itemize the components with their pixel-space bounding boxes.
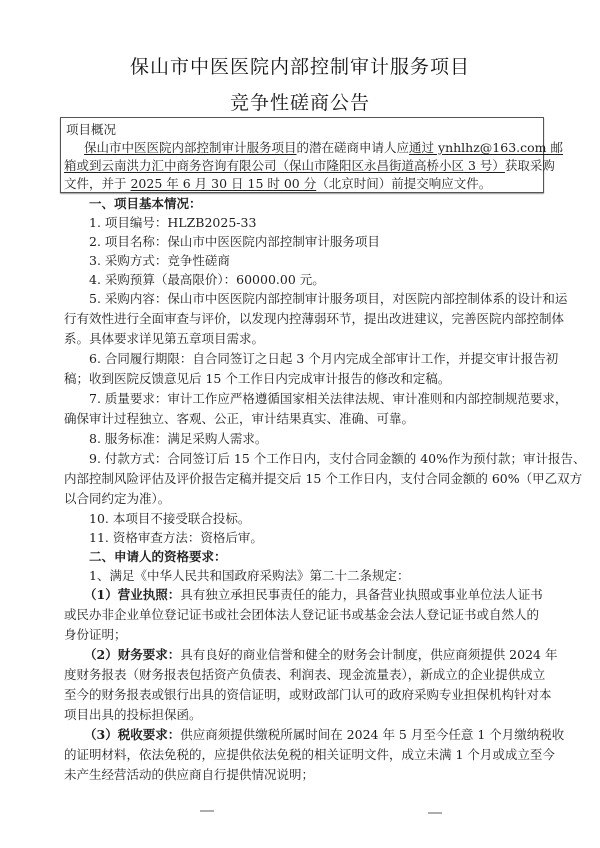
sub-3-line-2: 的证明材料，依法免税的，应提供依法免税的相关证明文件，成立未满 1 个月或成立至… [64, 746, 555, 764]
item-4: 4. 采购预算（最高限价）：60000.00 元。 [89, 271, 325, 289]
item-9-line-2: 内部控制风险评估及评价报告定稿并提交后 15 个工作日内，支付合同金额的 60%… [64, 470, 582, 488]
sub-3-line-3: 未产生经营活动的供应商自行提供情况说明； [64, 766, 314, 784]
section-1-heading: 一、项目基本情况： [89, 195, 202, 213]
item-10: 10. 本项目不接受联合投标。 [89, 510, 250, 528]
overview-line-2: 箱或到云南洪力汇中商务咨询有限公司（保山市隆阳区永昌街道高桥小区 3 号）获取采… [64, 157, 555, 175]
sub-1-line-2: 或民办非企业单位登记证书或社会团体法人登记证书或基金会法人登记证书或自然人的 [64, 606, 539, 624]
sub-3-line-1: （3）税收要求：供应商须提供缴税所属时间在 2024 年 5 月至今任意 1 个… [84, 726, 564, 744]
scan-mark [200, 810, 214, 812]
item-7-line-2: 确保审计过程独立、客观、公正，审计结果真实、准确、可靠。 [64, 410, 414, 428]
item-6-line-2: 稿；收到医院反馈意见后 15 个工作日内完成审计报告的修改和定稿。 [64, 370, 450, 388]
item-5-line-2: 行有效性进行全面审查与评价，以发现内控薄弱环节，提出改进建议，完善医院内部控制体 [64, 310, 564, 328]
overview-line-3: 文件，并于 2025 年 6 月 30 日 15 时 00 分（北京时间）前提交… [64, 175, 491, 193]
item-5-line-1: 5. 采购内容：保山市中医医院内部控制审计服务项目，对医院内部控制体系的设计和运 [89, 290, 567, 308]
item-6-line-1: 6. 合同履行期限：自合同签订之日起 3 个月内完成全部审计工作，并提交审计报告… [89, 350, 558, 368]
sub-1-line-1: （1）营业执照：具有独立承担民事责任的能力，具备营业执照或事业单位法人证书 [84, 586, 543, 604]
sub-2-line-4: 项目出具的投标担保函。 [64, 706, 202, 724]
overview-line-1: 保山市中医医院内部控制审计服务项目的潜在磋商申请人应通过 ynhlhz@163.… [84, 139, 563, 157]
item-7-line-1: 7. 质量要求：审计工作应严格遵循国家相关法律法规、审计准则和内部控制规范要求， [89, 390, 567, 408]
section-2-heading: 二、申请人的资格要求： [89, 548, 227, 566]
item-9-line-1: 9. 付款方式：合同签订后 15 个工作日内，支付合同金额的 40%作为预付款；… [89, 450, 586, 468]
sub-2-line-3: 至今的财务报表或银行出具的资信证明，或财政部门认可的政府采购专业担保机构针对本 [64, 686, 552, 704]
requirement-1: 1、满足《中华人民共和国政府采购法》第二十二条规定： [89, 567, 409, 585]
item-9-line-3: 以合同约定为准）。 [64, 490, 170, 508]
deadline: 2025 年 6 月 30 日 15 时 00 分 [130, 176, 316, 191]
item-11: 11. 资格审查方法：资格后审。 [89, 529, 263, 547]
scan-mark [428, 812, 442, 814]
item-2: 2. 项目名称：保山市中医医院内部控制审计服务项目 [89, 233, 380, 251]
document-subtitle: 竞争性磋商公告 [0, 88, 600, 115]
item-1: 1. 项目编号：HLZB2025-33 [89, 214, 256, 232]
overview-heading: 项目概况 [66, 120, 116, 138]
item-8: 8. 服务标准：满足采购人需求。 [89, 430, 267, 448]
item-5-line-3: 系。具体要求详见第五章项目需求。 [64, 330, 264, 348]
document-page: 保山市中医医院内部控制审计服务项目 竞争性磋商公告 项目概况 保山市中医医院内部… [0, 0, 600, 848]
document-title: 保山市中医医院内部控制审计服务项目 [0, 52, 600, 79]
item-3: 3. 采购方式：竞争性磋商 [89, 252, 230, 270]
sub-2-line-1: （2）财务要求：具有良好的商业信誉和健全的财务会计制度，供应商须提供 2024 … [84, 646, 557, 664]
sub-2-line-2: 度财务报表（财务报表包括资产负债表、利润表、现金流量表），新成立的企业提供成立 [64, 666, 545, 684]
email-link[interactable]: 通过 ynhlhz@163.com 邮 [409, 140, 563, 155]
sub-1-line-3: 身份证明； [64, 626, 127, 644]
